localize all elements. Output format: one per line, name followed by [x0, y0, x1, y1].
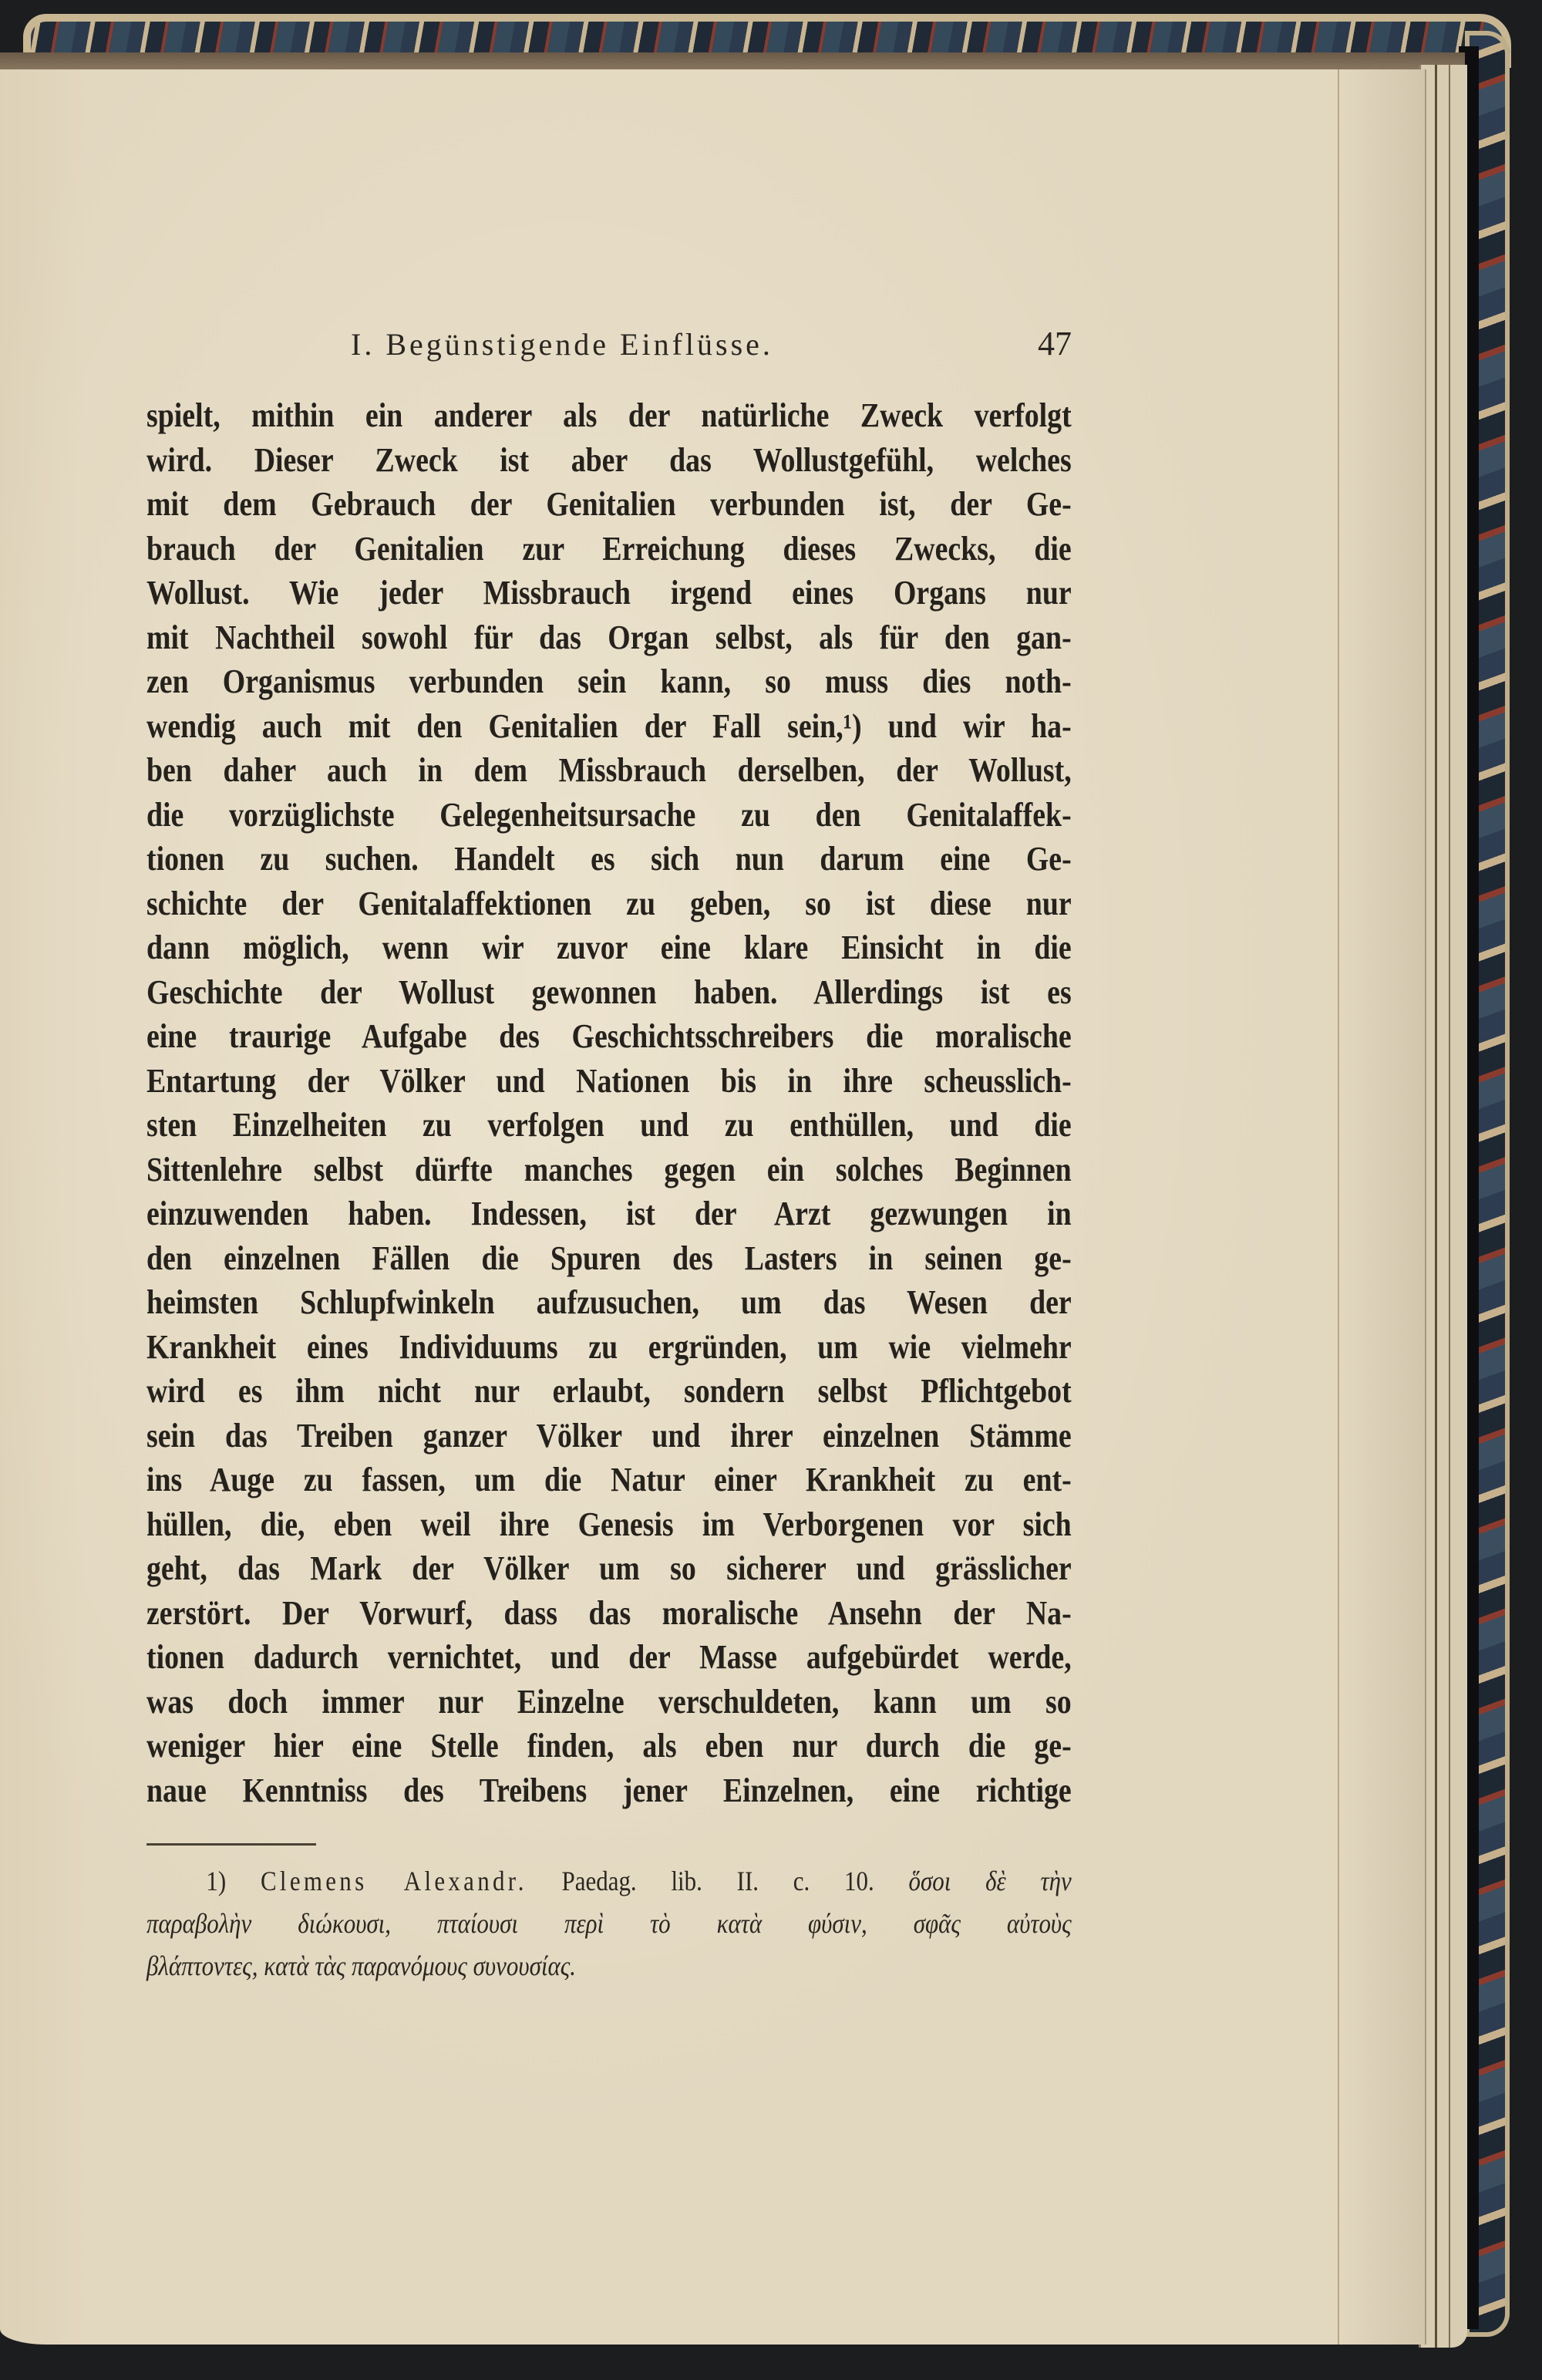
text-line: hüllen, die, eben weil ihre Genesis im V…: [146, 1502, 1072, 1547]
text-line: ins Auge zu fassen, um die Natur einer K…: [146, 1458, 1072, 1502]
text-line: Krankheit eines Individuums zu ergründen…: [146, 1325, 1072, 1370]
text-line: spielt, mithin ein anderer als der natür…: [146, 393, 1072, 438]
page-number: 47: [1038, 324, 1072, 363]
footnote-line: βλάπτοντες, κατὰ τὰς παρανόμους συνουσία…: [146, 1945, 1072, 1987]
text-line: weniger hier eine Stelle finden, als ebe…: [146, 1724, 1072, 1768]
text-line: brauch der Genitalien zur Erreichung die…: [146, 527, 1072, 571]
page-fold-line: [1338, 69, 1339, 2345]
footnote-author: Clemens Alexandr.: [261, 1866, 527, 1896]
footnote-greek: ὅσοι δὲ τὴν: [909, 1866, 1072, 1896]
running-head: I. Begünstigende Einflüsse. 47: [351, 324, 1072, 370]
text-line: schichte der Genitalaffektionen zu geben…: [146, 882, 1072, 926]
text-line: Sittenlehre selbst dürfte manches gegen …: [146, 1148, 1072, 1192]
footnote-line: 1) Clemens Alexandr. Paedag. lib. II. c.…: [146, 1860, 1072, 1903]
text-line: tionen zu suchen. Handelt es sich nun da…: [146, 837, 1072, 882]
text-line: sten Einzelheiten zu verfolgen und zu en…: [146, 1103, 1072, 1148]
footnote-line: παραβολὴν διώκουσι, πταίουσι περὶ τὸ κατ…: [146, 1903, 1072, 1945]
text-line: dann möglich, wenn wir zuvor eine klare …: [146, 925, 1072, 970]
text-line: eine traurige Aufgabe des Geschichtsschr…: [146, 1014, 1072, 1059]
text-line: Wollust. Wie jeder Missbrauch irgend ein…: [146, 571, 1072, 615]
text-line: wendig auch mit den Genitalien der Fall …: [146, 704, 1072, 749]
text-line: heimsten Schlupfwinkeln aufzusuchen, um …: [146, 1280, 1072, 1325]
text-line: den einzelnen Fällen die Spuren des Last…: [146, 1236, 1072, 1281]
text-line: sein das Treiben ganzer Völker und ihrer…: [146, 1414, 1072, 1458]
text-line: mit Nachtheil sowohl für das Organ selbs…: [146, 615, 1072, 660]
text-line: tionen dadurch vernichtet, und der Masse…: [146, 1635, 1072, 1680]
text-line: die vorzüglichste Gelegenheitsursache zu…: [146, 793, 1072, 838]
text-line: zen Organismus verbunden sein kann, so m…: [146, 659, 1072, 704]
text-line: zerstört. Der Vorwurf, dass das moralisc…: [146, 1591, 1072, 1636]
text-line: was doch immer nur Einzelne verschuldete…: [146, 1680, 1072, 1724]
text-line: naue Kenntniss des Treibens jener Einzel…: [146, 1768, 1072, 1813]
text-line: mit dem Gebrauch der Genitalien verbunde…: [146, 482, 1072, 527]
text-line: einzuwenden haben. Indessen, ist der Arz…: [146, 1192, 1072, 1236]
footnote-separator: [146, 1843, 316, 1846]
footnote-marker: 1): [206, 1866, 226, 1896]
text-line: wird. Dieser Zweck ist aber das Wollustg…: [146, 438, 1072, 483]
text-line: wird es ihm nicht nur erlaubt, sondern s…: [146, 1369, 1072, 1414]
text-line: ben daher auch in dem Missbrauch derselb…: [146, 748, 1072, 793]
text-line: Geschichte der Wollust gewonnen haben. A…: [146, 970, 1072, 1015]
body-text: spielt, mithin ein anderer als der natür…: [146, 393, 1072, 1812]
footnote-reference: Paedag. lib. II. c. 10.: [562, 1866, 874, 1896]
text-line: Entartung der Völker und Nationen bis in…: [146, 1059, 1072, 1104]
running-title: I. Begünstigende Einflüsse.: [351, 326, 773, 362]
footnote: 1) Clemens Alexandr. Paedag. lib. II. c.…: [146, 1860, 1072, 1987]
text-line: geht, das Mark der Völker um so sicherer…: [146, 1546, 1072, 1591]
